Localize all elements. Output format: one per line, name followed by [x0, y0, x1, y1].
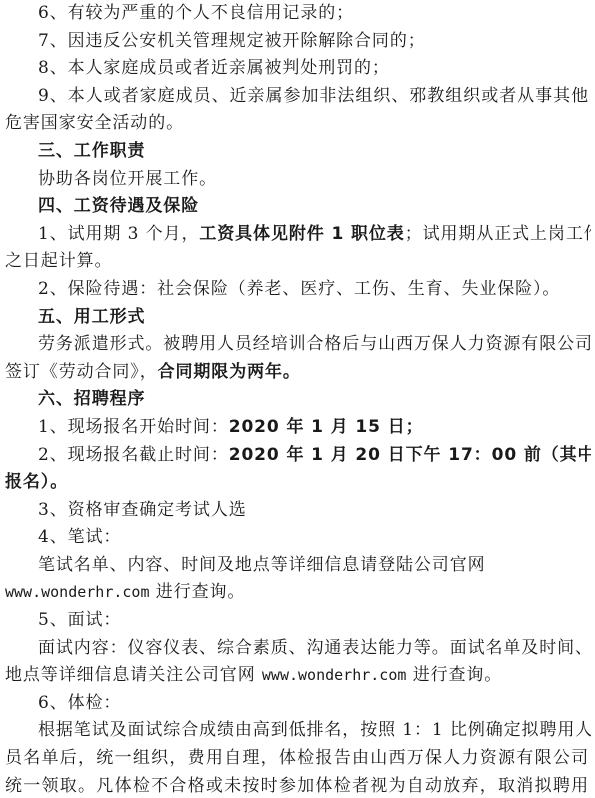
- registration-end-date: 2020 年 1 月 20 日下午 17：00 前（其中周六不: [229, 445, 591, 465]
- registration-start-label: 1、现场报名开始时间：: [38, 417, 229, 437]
- medical-exam-text-cont-1: 员名单后，统一组织，费用自理，体检报告由山西万保人力资源有限公司: [5, 745, 591, 773]
- procedure-step-2: 2、现场报名截止时间：2020 年 1 月 20 日下午 17：00 前（其中周…: [5, 442, 591, 470]
- salary-item-1-cont: 之日起计算。: [5, 248, 591, 276]
- medical-exam-text-cont-2: 统一领取。凡体检不合格或未按时参加体检者视为自动放弃，取消拟聘用: [5, 773, 591, 798]
- written-exam-text-cont: www.wonderhr.com 进行查询。: [5, 579, 591, 607]
- disqualification-item-6: 6、有较为严重的个人不良信用记录的；: [5, 0, 591, 28]
- salary-item-1: 1、试用期 3 个月，工资具体见附件 1 职位表；试用期从正式上岗工作: [5, 221, 591, 249]
- disqualification-item-9-cont: 危害国家安全活动的。: [5, 110, 591, 138]
- interview-info-text: 地点等详细信息请关注公司官网: [5, 665, 262, 685]
- query-text: 进行查询。: [150, 582, 246, 602]
- procedure-step-1: 1、现场报名开始时间：2020 年 1 月 15 日；: [5, 414, 591, 442]
- procedure-step-6: 6、体检：: [5, 690, 591, 718]
- contract-term: 合同期限为两年。: [158, 362, 301, 382]
- document-page: 6、有较为严重的个人不良信用记录的； 7、因违反公安机关管理规定被开除解除合同的…: [0, 0, 595, 798]
- procedure-step-2-cont: 报名）。: [5, 469, 591, 497]
- company-website-link[interactable]: www.wonderhr.com: [5, 583, 150, 601]
- interview-text: 面试内容：仪容仪表、综合素质、沟通表达能力等。面试名单及时间、: [5, 635, 591, 663]
- medical-exam-text: 根据笔试及面试综合成绩由高到低排名，按照 1：1 比例确定拟聘用人: [5, 717, 591, 745]
- disqualification-item-7: 7、因违反公安机关管理规定被开除解除合同的；: [5, 28, 591, 56]
- probation-start-text: ；试用期从正式上岗工作: [405, 224, 591, 244]
- section-heading-procedure: 六、招聘程序: [5, 386, 591, 414]
- section-heading-employment-form: 五、用工形式: [5, 304, 591, 332]
- company-website-link[interactable]: www.wonderhr.com: [262, 666, 407, 684]
- procedure-step-5: 5、面试：: [5, 607, 591, 635]
- section-heading-duties: 三、工作职责: [5, 138, 591, 166]
- registration-end-label: 2、现场报名截止时间：: [38, 445, 229, 465]
- salary-attachment-note: 工资具体见附件 1 职位表: [199, 224, 404, 244]
- employment-form-text-cont: 签订《劳动合同》，合同期限为两年。: [5, 359, 591, 387]
- duties-text: 协助各岗位开展工作。: [5, 166, 591, 194]
- probation-text: 1、试用期 3 个月，: [38, 224, 199, 244]
- disqualification-item-8: 8、本人家庭成员或者近亲属被判处刑罚的；: [5, 55, 591, 83]
- query-text: 进行查询。: [406, 665, 502, 685]
- employment-form-text: 劳务派遣形式。被聘用人员经培训合格后与山西万保人力资源有限公司: [5, 331, 591, 359]
- salary-item-2: 2、保险待遇：社会保险（养老、医疗、工伤、生育、失业保险）。: [5, 276, 591, 304]
- interview-text-cont: 地点等详细信息请关注公司官网 www.wonderhr.com 进行查询。: [5, 662, 591, 690]
- written-exam-text: 笔试名单、内容、时间及地点等详细信息请登陆公司官网: [5, 552, 591, 580]
- contract-sign-text: 签订《劳动合同》，: [5, 362, 158, 382]
- procedure-step-3: 3、资格审查确定考试人选: [5, 497, 591, 525]
- procedure-step-4: 4、笔试：: [5, 524, 591, 552]
- section-heading-salary: 四、工资待遇及保险: [5, 193, 591, 221]
- registration-start-date: 2020 年 1 月 15 日；: [229, 417, 424, 437]
- disqualification-item-9: 9、本人或者家庭成员、近亲属参加非法组织、邪教组织或者从事其他: [5, 83, 591, 111]
